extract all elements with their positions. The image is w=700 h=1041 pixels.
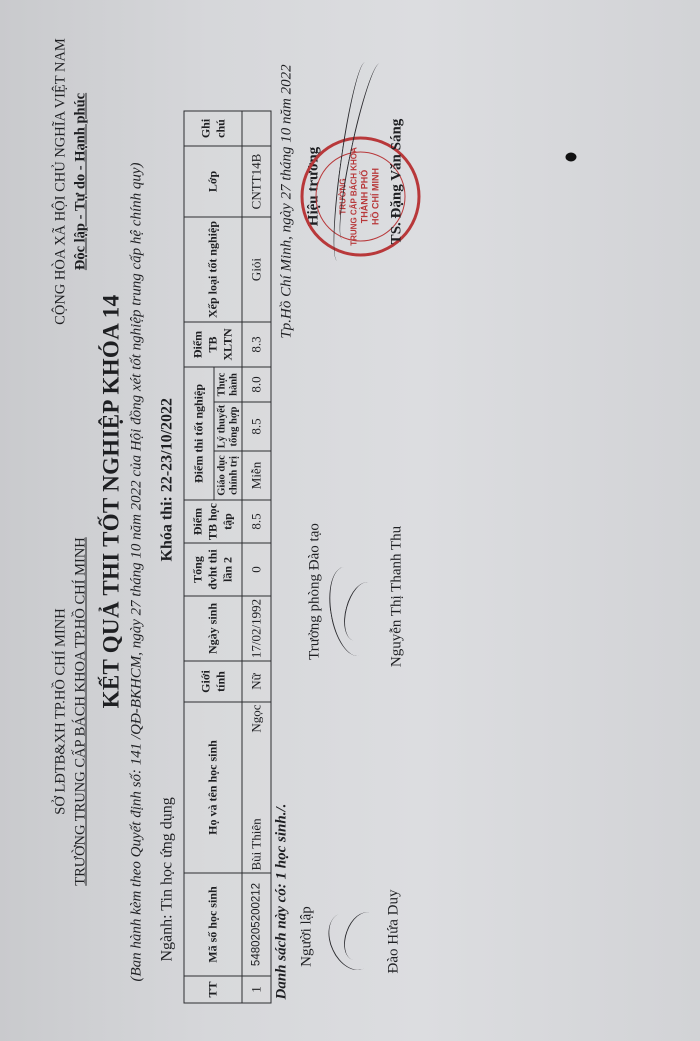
col-tt: TT (184, 976, 242, 1003)
col-gpa: Điểm TB học tập (184, 500, 242, 543)
department-name: SỞ LĐTB&XH TP.HỒ CHÍ MINH (50, 481, 70, 941)
preparer-name: Đào Hứa Duy (385, 871, 402, 991)
country-name: CỘNG HÒA XÃ HỘI CHỦ NGHĨA VIỆT NAM (50, 21, 70, 341)
col-practice: Thực hành (214, 367, 242, 402)
cell-first-name: Ngọc (242, 702, 271, 765)
col-theory: Lý thuyết tổng hợp (214, 402, 242, 451)
document-sheet: SỞ LĐTB&XH TP.HỒ CHÍ MINH TRƯỜNG TRUNG C… (0, 0, 700, 1041)
issuer-header: SỞ LĐTB&XH TP.HỒ CHÍ MINH TRƯỜNG TRUNG C… (50, 481, 90, 941)
place-date: Tp.Hồ Chí Minh, ngày 27 tháng 10 năm 202… (278, 41, 295, 361)
col-retake-credits: Tổng đvht thi lần 2 (184, 543, 242, 596)
major-label: Ngành: Tin học ứng dụng (158, 797, 176, 961)
col-xltn: Điểm TB XLTN (184, 322, 242, 367)
total-note: Danh sách này có: 1 học sinh./. (273, 803, 290, 999)
training-head-title: Trưởng phòng Đào tạo (306, 501, 323, 681)
national-motto: Độc lập - Tự do - Hạnh phúc (70, 21, 90, 341)
table-row: 1 5480205200212 Bùi Thiên Ngọc Nữ 17/02/… (242, 111, 271, 1003)
cell-politics: Miễn (242, 451, 271, 500)
cell-theory: 8.5 (242, 402, 271, 451)
school-name: TRƯỜNG TRUNG CẤP BÁCH KHOA TP.HỒ CHÍ MIN… (70, 481, 90, 941)
cell-last-name: Bùi Thiên (242, 764, 271, 872)
cell-tt: 1 (242, 976, 271, 1003)
col-gender: Giới tính (184, 661, 242, 702)
cell-dob: 17/02/1992 (242, 596, 271, 661)
cell-xltn: 8.3 (242, 322, 271, 367)
cell-note (242, 111, 271, 146)
cell-retake-credits: 0 (242, 543, 271, 596)
col-student-id: Mã số học sinh (184, 873, 242, 976)
principal-name: TS. Đặng Văn Sáng (388, 101, 405, 261)
exam-period: Khóa thi: 22-23/10/2022 (158, 397, 176, 561)
document-subtitle: (Ban hành kèm theo Quyết định số: 141 /Q… (128, 41, 145, 981)
col-ranking: Xếp loại tốt nghiệp (184, 217, 242, 322)
col-class: Lớp (184, 146, 242, 217)
cell-student-id: 5480205200212 (242, 873, 271, 976)
national-header: CỘNG HÒA XÃ HỘI CHỦ NGHĨA VIỆT NAM Độc l… (50, 21, 90, 341)
document-title: KẾT QUẢ THI TỐT NGHIỆP KHÓA 14 (98, 201, 124, 801)
col-dob: Ngày sinh (184, 596, 242, 661)
results-table: TT Mã số học sinh Họ và tên học sinh Giớ… (183, 110, 271, 1003)
cell-gender: Nữ (242, 661, 271, 702)
cell-gpa: 8.5 (242, 500, 271, 543)
cell-class: CNTT14B (242, 146, 271, 217)
col-politics: Giáo dục chính trị (214, 451, 242, 500)
col-exam-group: Điểm thi tốt nghiệp (184, 367, 214, 500)
ink-spot (565, 152, 576, 161)
col-full-name: Họ và tên học sinh (184, 702, 242, 873)
training-head-name: Nguyễn Thị Thanh Thu (388, 496, 405, 696)
cell-ranking: Giỏi (242, 217, 271, 322)
preparer-title: Người lập (298, 881, 315, 991)
col-note: Ghi chú (184, 111, 242, 146)
cell-practice: 8.0 (242, 367, 271, 402)
